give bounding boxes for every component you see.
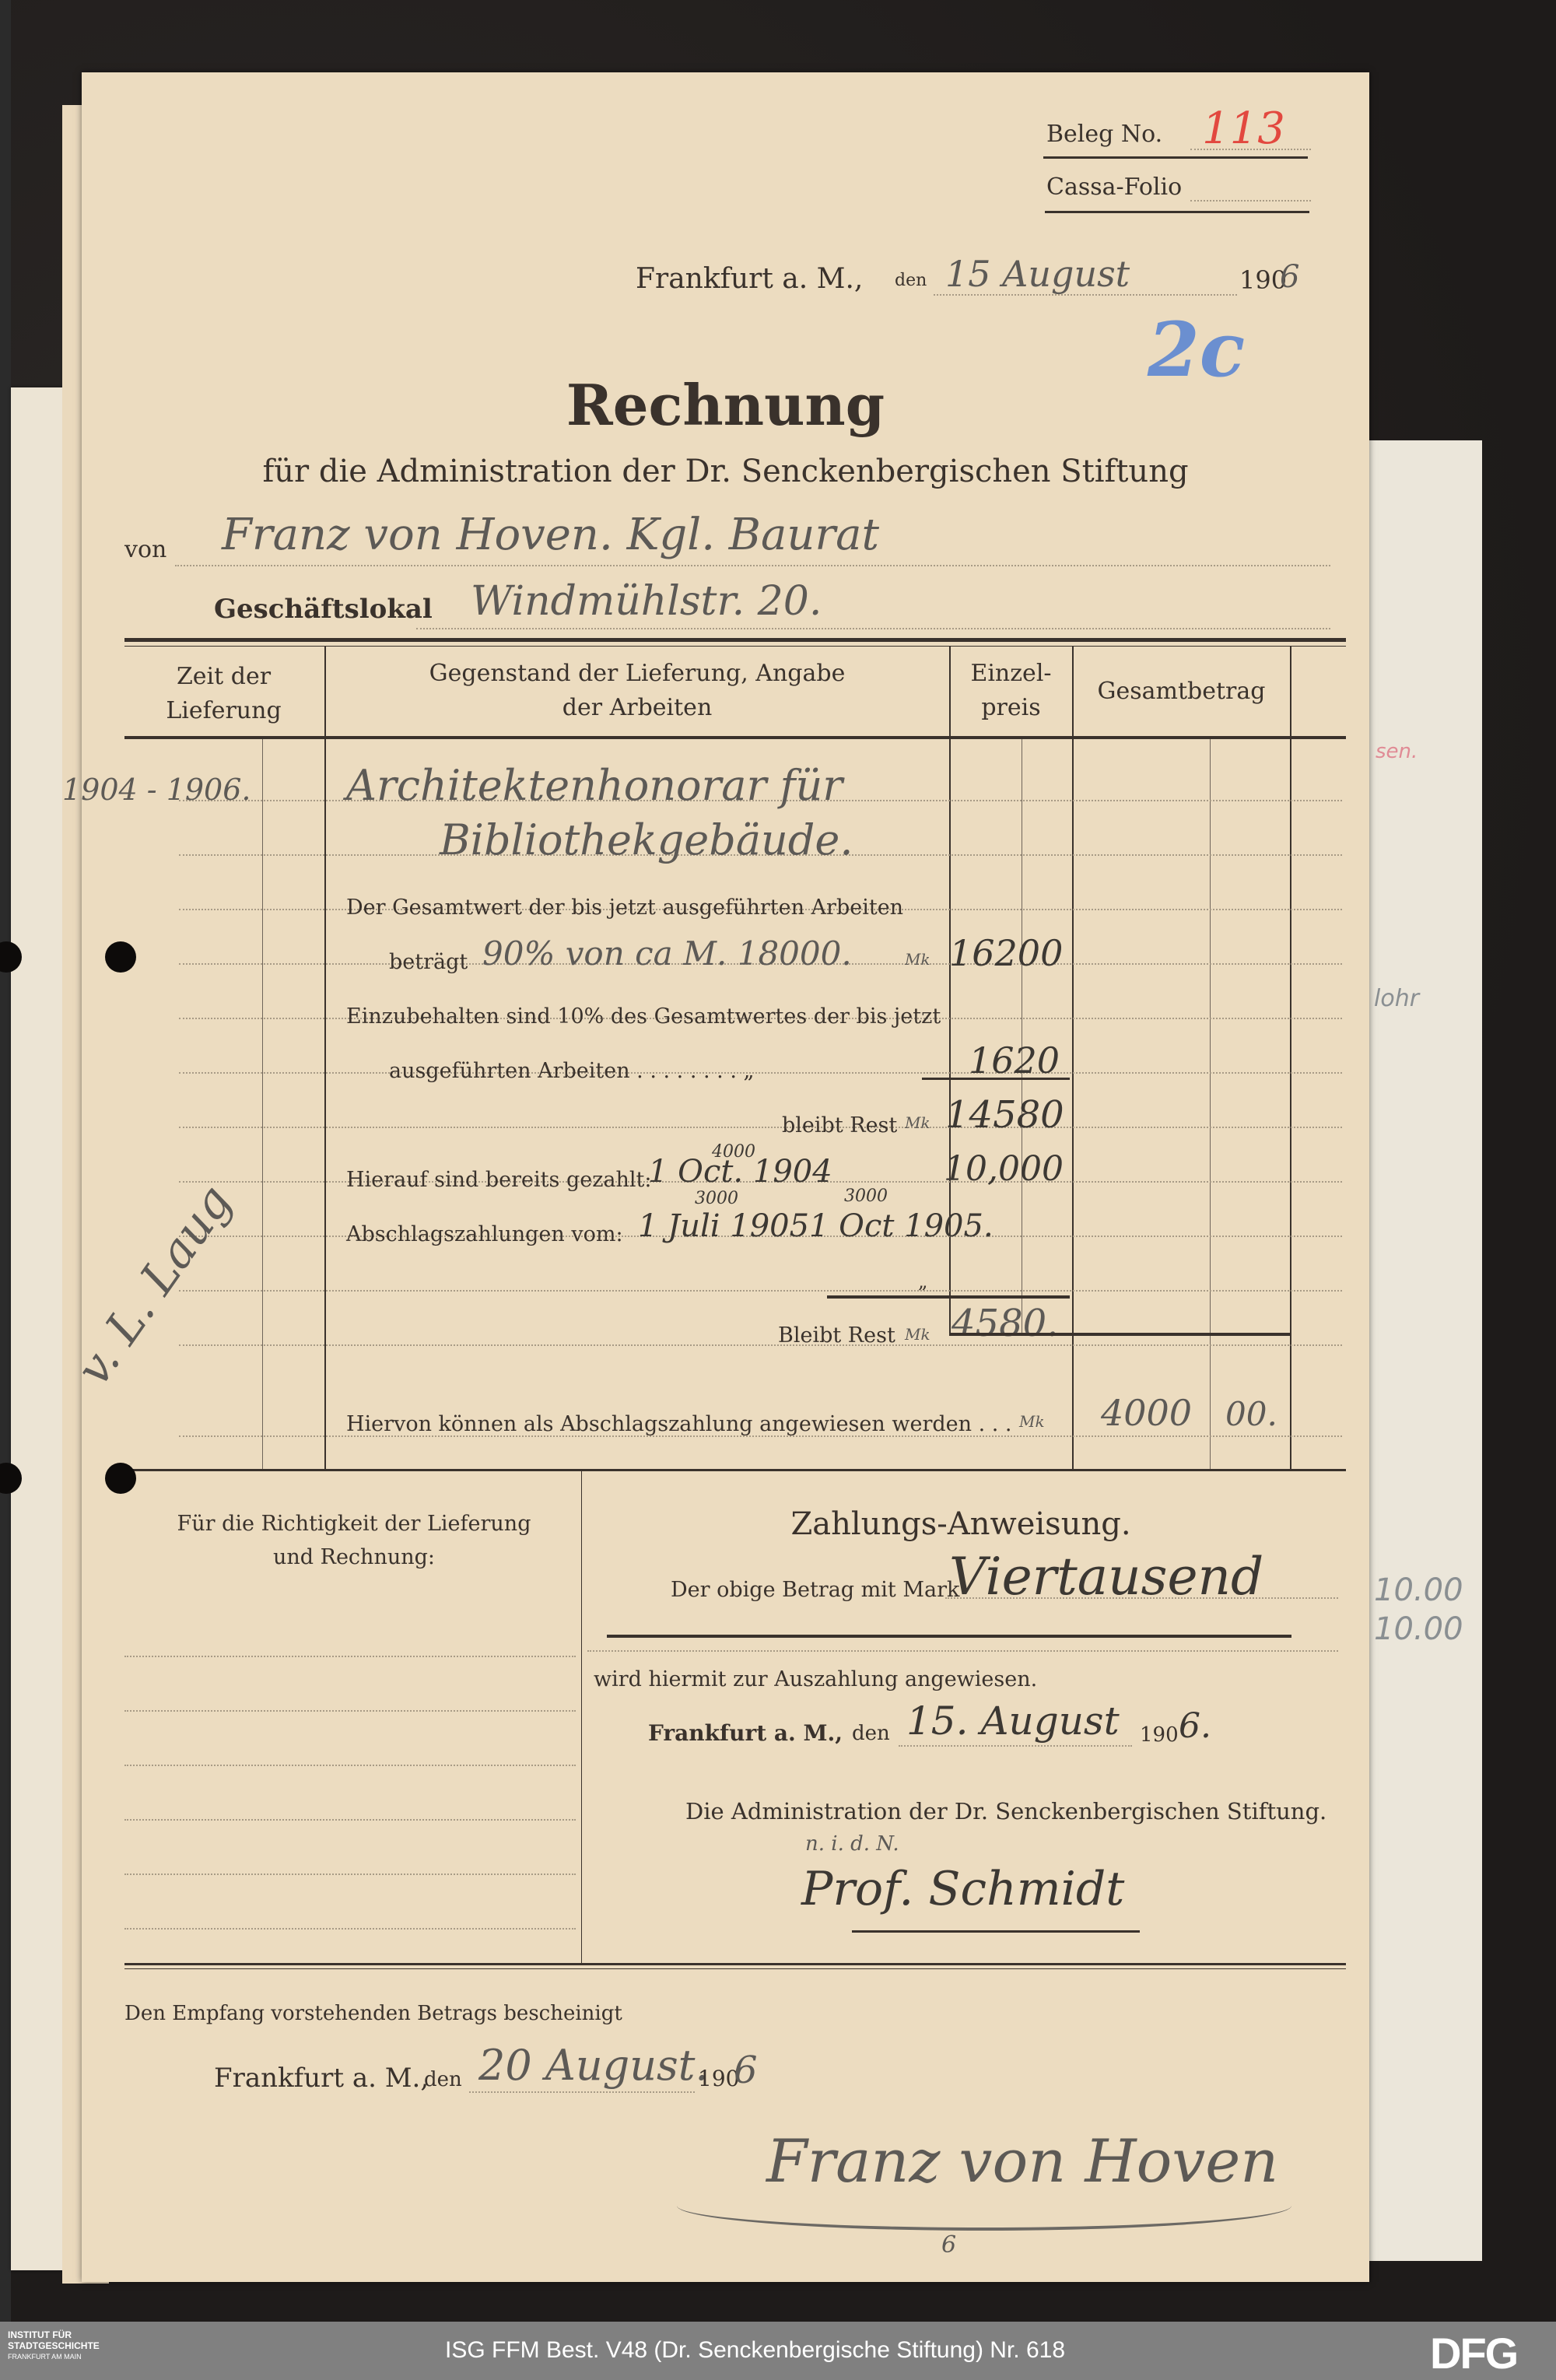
mk-label: Mk [1019,1412,1045,1431]
zeit-value: 1904 - 1906. [62,773,251,807]
empfang-place: Frankfurt a. M., [214,2063,429,2094]
empfang-date-line [469,2091,695,2093]
mk-label: Mk [905,1113,930,1132]
page-title: Rechnung [82,372,1369,438]
header-year-hand: 6 [1280,259,1299,295]
col-subdivider-gesamt [1210,739,1211,1469]
signature-initials: n. i. d. N. [805,1832,899,1856]
von-value: Franz von Hoven. Kgl. Baurat [222,510,879,560]
subtotal-rule [922,1078,1070,1080]
empfang-top-rule-thin [124,1968,1346,1969]
zahlung-year-print: 190 [1140,1723,1179,1747]
richtigkeit-line [124,1819,576,1821]
gesamt-mark: 4000 [1101,1392,1192,1434]
abschlag-date-1: 1 Juli 1905 [638,1208,809,1244]
von-label: von [124,536,166,563]
item-line-2: Bibliothekgebäude. [440,815,853,864]
abschlag-note-1: 3000 [695,1189,738,1208]
richtigkeit-line [124,1928,576,1930]
von-line [175,565,1330,566]
header-zeit: Zeit der Lieferung [124,660,323,728]
signature-flourish [677,2181,1291,2231]
empfang-den: den [424,2068,462,2091]
beleg-label: Beleg No. [1046,121,1162,148]
hierauf-amount: 10,000 [944,1149,1064,1189]
header-date: 15 August [945,253,1130,295]
row-guide [179,1072,1342,1074]
zahlung-den: den [852,1722,890,1745]
table-top-rule [124,638,1346,642]
betrag-line [945,1597,1338,1599]
bleibt-rest-amount: 14580 [945,1093,1064,1137]
zahlung-date-line [899,1745,1132,1747]
geschaeftslokal-label: Geschäftslokal [214,594,433,625]
institute-line-3: FRANKFURT AM MAIN [8,2351,100,2362]
administration-signature: Prof. Schmidt [801,1862,1124,1916]
archive-reference: ISG FFM Best. V48 (Dr. Senckenbergische … [445,2337,1065,2364]
richtigkeit-line-1: Für die Richtigkeit der Lieferung [124,1512,583,1536]
header-gegenstand-2: der Arbeiten [326,694,948,721]
header-date-line [934,294,1237,296]
ditto-mark: „ [918,1271,927,1292]
col-subdivider-zeit [262,739,263,1469]
abschlag-note-2: 3000 [844,1186,888,1206]
abschlag-label: Abschlagszahlungen vom: [346,1222,623,1246]
richtigkeit-line [124,1765,576,1766]
bleibt-rest-2-label: Bleibt Rest [778,1323,895,1348]
bleibt-rest-label: bleibt Rest [782,1113,897,1137]
betraegt-label: beträgt [389,950,468,974]
geschaeftslokal-value: Windmühlstr. 20. [471,578,822,625]
betrag-label: Der obige Betrag mit Mark [671,1578,959,1602]
hierauf-label: Hierauf sind bereits gezahlt: [346,1168,652,1192]
cassa-folio-rule [1045,211,1309,213]
hierauf-date: 1 Oct. 1904 [648,1154,832,1190]
table-top-rule-thin [124,646,1346,647]
zahlung-year-hand: 6. [1179,1706,1211,1746]
beleg-rule [1043,156,1308,159]
page-number: 6 [941,2231,956,2259]
header-einzel-1: Einzel- [951,660,1071,687]
angewiesen-text: wird hiermit zur Auszahlung angewiesen. [594,1667,1037,1691]
empfang-date: 20 August. [478,2041,709,2090]
empfang-year-hand: 6 [734,2049,758,2092]
red-mark-fragment: sen. [1376,740,1418,763]
einbehalt-amount: 1620 [969,1039,1060,1081]
betraegt-amount: 16200 [949,932,1063,974]
row-guide [179,1127,1342,1128]
empfang-top-rule [124,1963,1346,1965]
col-subdivider-einzel [1022,739,1022,1333]
betrag-strike-rule [607,1635,1291,1638]
gesamt-pf: 00. [1225,1395,1277,1433]
underlying-sheet-right: sen. lohr 10.00 10.00 [1369,440,1482,2261]
empfang-text: Den Empfang vorstehenden Betrags beschei… [124,2002,622,2025]
richtigkeit-line-2: und Rechnung: [124,1545,583,1569]
einzubehalten-text: Einzubehalten sind 10% des Gesamtwertes … [346,1004,941,1029]
mk-label: Mk [905,950,930,969]
amount-fragment-1: 10.00 [1374,1572,1463,1608]
table-header-rule [124,736,1346,739]
einzel-close-rule [949,1333,1291,1336]
ausgefuehrten-text: ausgeführten Arbeiten . . . . . . . . „ [389,1059,755,1083]
beleg-number: 113 [1202,103,1285,154]
zahlung-date: 15. August [906,1698,1120,1744]
cassa-folio-label: Cassa-Folio [1046,174,1182,201]
hiervon-text: Hiervon können als Abschlagszahlung ange… [346,1412,1012,1436]
amount-fragment-2: 10.00 [1374,1611,1463,1647]
header-place: Frankfurt a. M., [636,263,863,295]
institute-logo: INSTITUT FÜR STADTGESCHICHTE FRANKFURT A… [8,2329,100,2362]
header-einzel-2: preis [951,694,1071,721]
handwritten-fragment: lohr [1374,985,1419,1012]
punch-hole [105,1463,136,1494]
table-bottom-rule [124,1469,1346,1471]
cassa-folio-dotted-line [1190,200,1311,202]
institute-line-1: INSTITUT FÜR [8,2329,100,2340]
invoice-sheet: Beleg No. 113 Cassa-Folio Frankfurt a. M… [82,72,1369,2282]
zahlung-title: Zahlungs-Anweisung. [583,1506,1338,1542]
item-line-1: Architektenhonorar für [346,761,843,810]
zahlung-place: Frankfurt a. M., [648,1720,843,1746]
betraegt-value: 90% von ca M. 18000. [482,934,852,973]
betrag-line-2 [587,1650,1338,1652]
punch-hole [105,941,136,973]
administration-text: Die Administration der Dr. Senckenbergis… [685,1798,1326,1824]
archive-footer: INSTITUT FÜR STADTGESCHICHTE FRANKFURT A… [0,2322,1556,2380]
richtigkeit-line [124,1874,576,1875]
subtotal-rule-2 [827,1295,1070,1299]
header-den: den [895,271,927,290]
signature-underline [852,1930,1140,1933]
header-gesamtbetrag: Gesamtbetrag [1074,678,1289,705]
gesamtwert-text: Der Gesamtwert der bis jetzt ausgeführte… [346,896,903,920]
margin-signature: v. L. Laug [66,1176,243,1395]
scan-edge [0,0,11,2326]
institute-line-2: STADTGESCHICHTE [8,2340,100,2351]
header-gegenstand-1: Gegenstand der Lieferung, Angabe [326,660,948,687]
mk-label: Mk [905,1325,930,1344]
richtigkeit-line [124,1656,576,1657]
dfg-logo: DFG [1430,2328,1517,2378]
row-guide [179,1290,1342,1292]
row-guide [179,1344,1342,1346]
geschaeftslokal-line [416,628,1330,629]
page-subtitle: für die Administration der Dr. Senckenbe… [82,454,1369,489]
bleibt-rest-2-amount: 4580. [951,1302,1058,1345]
richtigkeit-line [124,1710,576,1712]
beleg-dotted-line [1190,149,1311,150]
abschlag-date-2: 1 Oct 1905. [809,1208,994,1244]
